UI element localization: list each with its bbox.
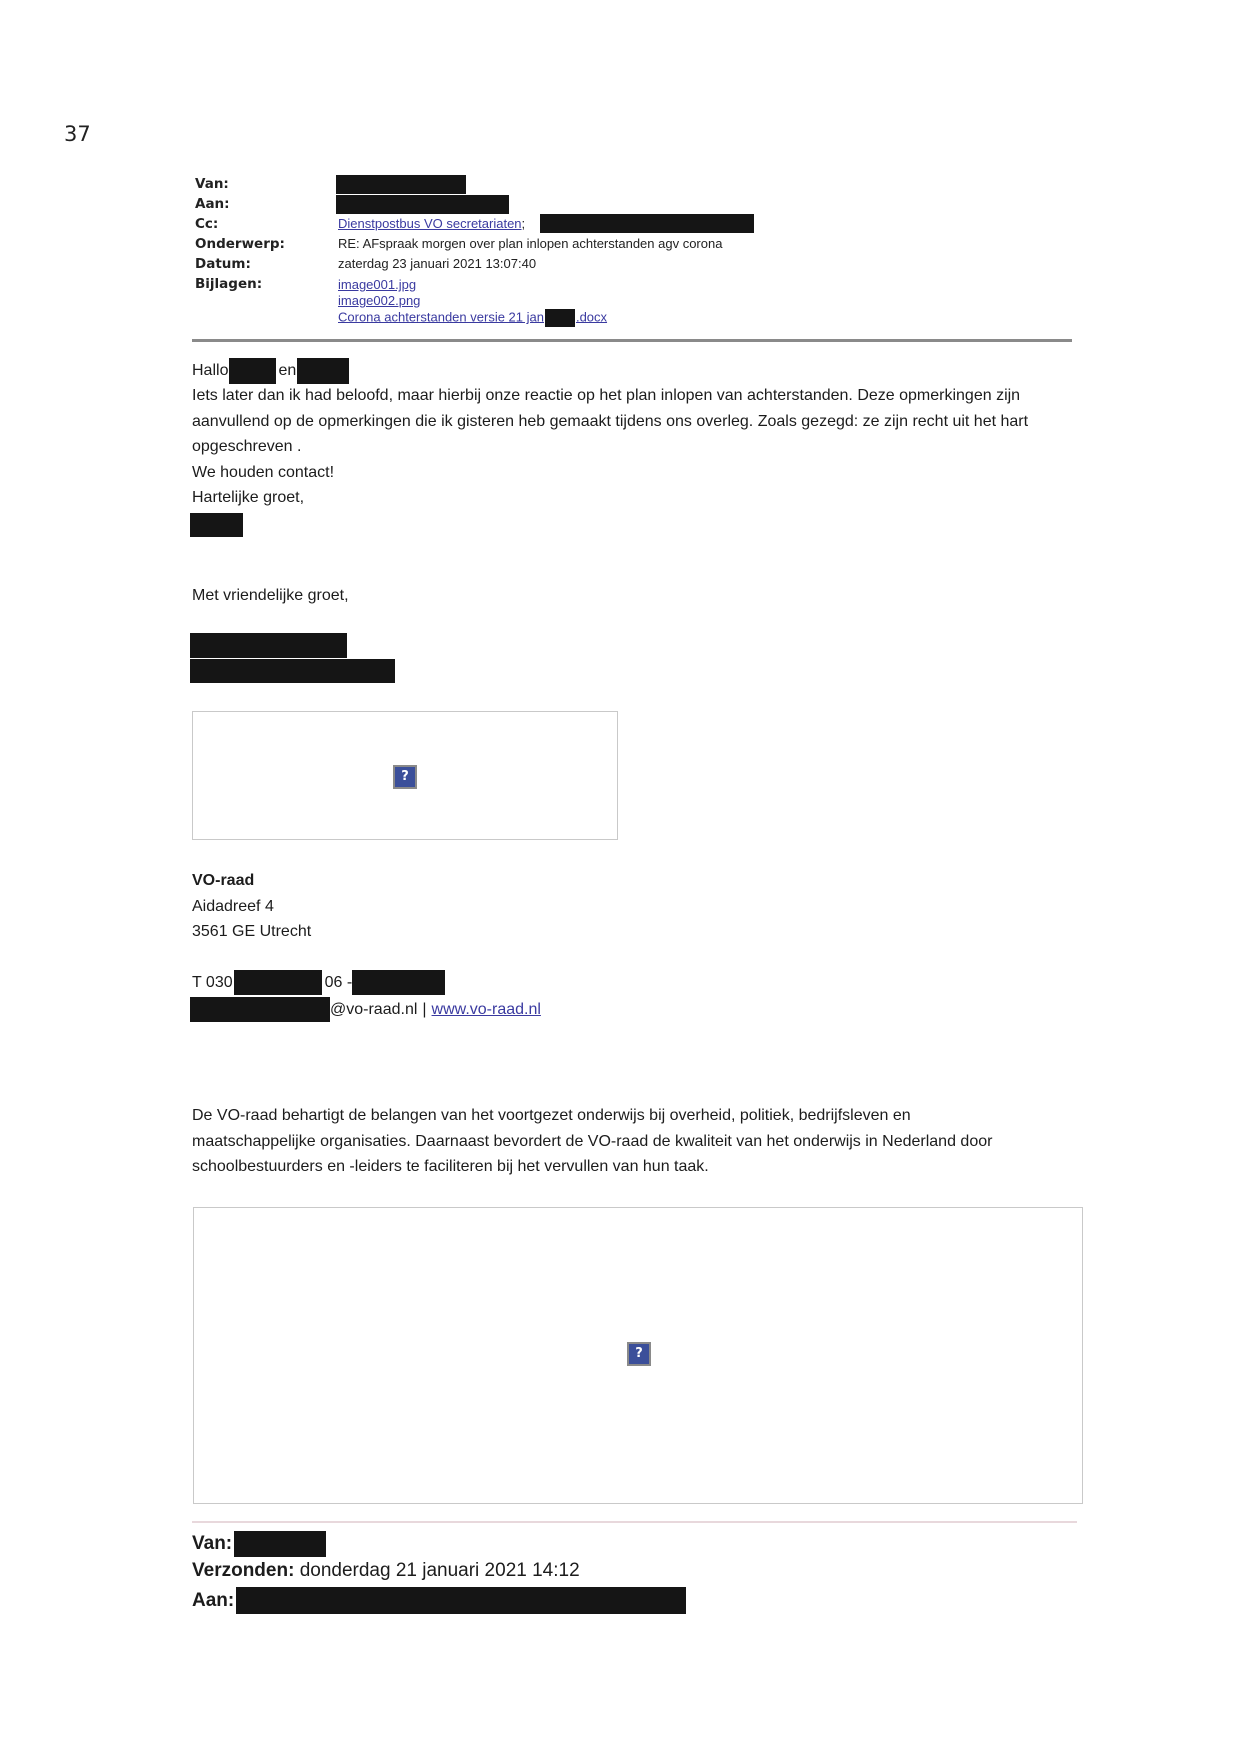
- attachment-docx[interactable]: Corona achterstanden versie 21 jan.docx: [338, 309, 607, 327]
- forwarded-from-label: Van:: [192, 1533, 232, 1555]
- to-label: Aan:: [195, 196, 230, 212]
- body-line: Iets later dan ik had beloofd, maar hier…: [192, 383, 1028, 409]
- subject-value: RE: AFspraak morgen over plan inlopen ac…: [338, 236, 722, 251]
- redacted-attachment-name: [545, 309, 575, 327]
- page-number: 37: [64, 122, 91, 146]
- subject-label: Onderwerp:: [195, 236, 285, 252]
- signature-email-line: @vo-raad.nl | www.vo-raad.nl: [190, 997, 541, 1023]
- redacted-forwarded-to: [236, 1587, 686, 1614]
- forwarded-to-label: Aan:: [192, 1590, 234, 1612]
- redacted-name-2: [297, 358, 349, 384]
- website-link[interactable]: www.vo-raad.nl: [432, 997, 541, 1023]
- redacted-signature-title: [190, 659, 395, 683]
- forwarded-to-line: Aan:: [192, 1587, 686, 1614]
- body-paragraph: Iets later dan ik had beloofd, maar hier…: [192, 383, 1028, 511]
- attachment-image002[interactable]: image002.png: [338, 293, 420, 308]
- redacted-mobile: [352, 970, 445, 995]
- closing-contact: We houden contact!: [192, 460, 1028, 486]
- cc-separator: ;: [522, 216, 526, 231]
- mobile-prefix: 06 -: [325, 970, 353, 996]
- redacted-email-user: [190, 997, 330, 1022]
- from-label: Van:: [195, 176, 229, 192]
- disclaimer-line: De VO-raad behartigt de belangen van het…: [192, 1103, 992, 1129]
- attachment-docx-prefix[interactable]: Corona achterstanden versie 21 jan: [338, 309, 544, 324]
- date-value: zaterdag 23 januari 2021 13:07:40: [338, 256, 536, 271]
- cc-value: Dienstpostbus VO secretariaten;: [338, 216, 525, 231]
- redacted-recipient: [336, 195, 509, 214]
- cc-label: Cc:: [195, 216, 218, 232]
- date-label: Datum:: [195, 256, 251, 272]
- greeting-prefix: Hallo: [192, 358, 228, 384]
- greeting-and: en: [278, 358, 296, 384]
- disclaimer: De VO-raad behartigt de belangen van het…: [192, 1103, 992, 1180]
- email-separator: |: [422, 997, 426, 1023]
- redacted-forwarded-from: [234, 1531, 326, 1557]
- signature-address-2: 3561 GE Utrecht: [192, 919, 311, 945]
- forwarded-sent-line: Verzonden: donderdag 21 januari 2021 14:…: [192, 1560, 580, 1582]
- redacted-name-1: [229, 358, 276, 384]
- broken-image-icon: ?: [627, 1342, 651, 1366]
- greeting-line: Hallo en: [192, 358, 349, 384]
- redacted-signoff-name: [190, 513, 243, 537]
- phone-prefix: T 030: [192, 970, 233, 996]
- forwarded-sent-value: donderdag 21 januari 2021 14:12: [300, 1560, 580, 1581]
- broken-image-icon: ?: [393, 765, 417, 789]
- body-line: opgeschreven .: [192, 434, 1028, 460]
- attachments-label: Bijlagen:: [195, 276, 262, 292]
- closing-greeting: Hartelijke groet,: [192, 485, 1028, 511]
- redacted-signature-name: [190, 633, 347, 658]
- attachment-docx-suffix[interactable]: .docx: [576, 309, 607, 324]
- redacted-cc: [540, 214, 754, 233]
- forward-divider: [192, 1521, 1077, 1523]
- closing-regards: Met vriendelijke groet,: [192, 583, 349, 609]
- disclaimer-line: schoolbestuurders en -leiders te facilit…: [192, 1154, 992, 1180]
- signature-address-1: Aidadreef 4: [192, 894, 311, 920]
- redacted-phone: [234, 970, 322, 995]
- forwarded-sent-label: Verzonden:: [192, 1560, 294, 1581]
- signature-phone-line: T 030 06 -: [192, 970, 445, 996]
- signature-org: VO-raad: [192, 868, 311, 894]
- forwarded-from-line: Van:: [192, 1531, 326, 1557]
- body-line: aanvullend op de opmerkingen die ik gist…: [192, 409, 1028, 435]
- signature-logo-image: ?: [192, 711, 618, 840]
- redacted-sender: [336, 175, 466, 194]
- banner-image: ?: [193, 1207, 1083, 1504]
- cc-link[interactable]: Dienstpostbus VO secretariaten: [338, 216, 522, 231]
- email-domain: @vo-raad.nl: [330, 997, 417, 1023]
- signature-block: VO-raad Aidadreef 4 3561 GE Utrecht: [192, 868, 311, 945]
- disclaimer-line: maatschappelijke organisaties. Daarnaast…: [192, 1129, 992, 1155]
- header-divider: [192, 339, 1072, 342]
- attachment-image001[interactable]: image001.jpg: [338, 277, 416, 292]
